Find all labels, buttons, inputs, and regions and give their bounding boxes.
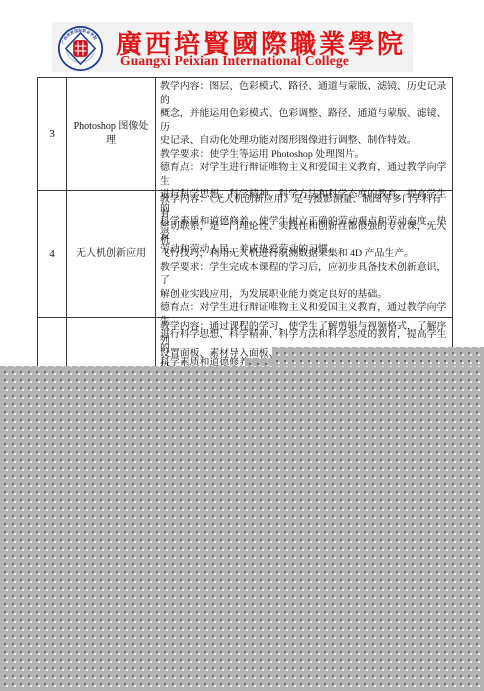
row-number-cell: 4 bbox=[38, 191, 67, 317]
unrendered-region-step bbox=[245, 358, 272, 366]
row-number-cell: 3 bbox=[38, 78, 67, 190]
course-name-cell: Photoshop 图像处理 bbox=[67, 78, 156, 190]
course-description-cell: 教学内容：《无人机创新应用》是与摄影测量、制图等多门学科有着 密切联系，是一门理… bbox=[156, 191, 452, 317]
college-seal-logo: 广西培贤国际职业学院 GUANGXI PEIXIAN INTERNATIONAL… bbox=[57, 25, 104, 72]
document-page: 广西培贤国际职业学院 GUANGXI PEIXIAN INTERNATIONAL… bbox=[0, 0, 484, 691]
unrendered-region-bottom bbox=[0, 366, 484, 691]
college-seal-icon: 广西培贤国际职业学院 GUANGXI PEIXIAN INTERNATIONAL… bbox=[57, 25, 104, 72]
college-name-english: Guangxi Peixian International College bbox=[120, 53, 420, 69]
table-row: 4 无人机创新应用 教学内容：《无人机创新应用》是与摄影测量、制图等多门学科有着… bbox=[38, 191, 452, 318]
table-row: 3 Photoshop 图像处理 教学内容：图层、色彩模式、路径、通道与蒙版、滤… bbox=[38, 78, 452, 191]
course-description-cell: 教学内容：图层、色彩模式、路径、通道与蒙版、滤镜、历史记录的 概念，并能运用色彩… bbox=[156, 78, 452, 190]
course-name-cell: 无人机创新应用 bbox=[67, 191, 156, 317]
unrendered-region-right bbox=[272, 347, 484, 366]
